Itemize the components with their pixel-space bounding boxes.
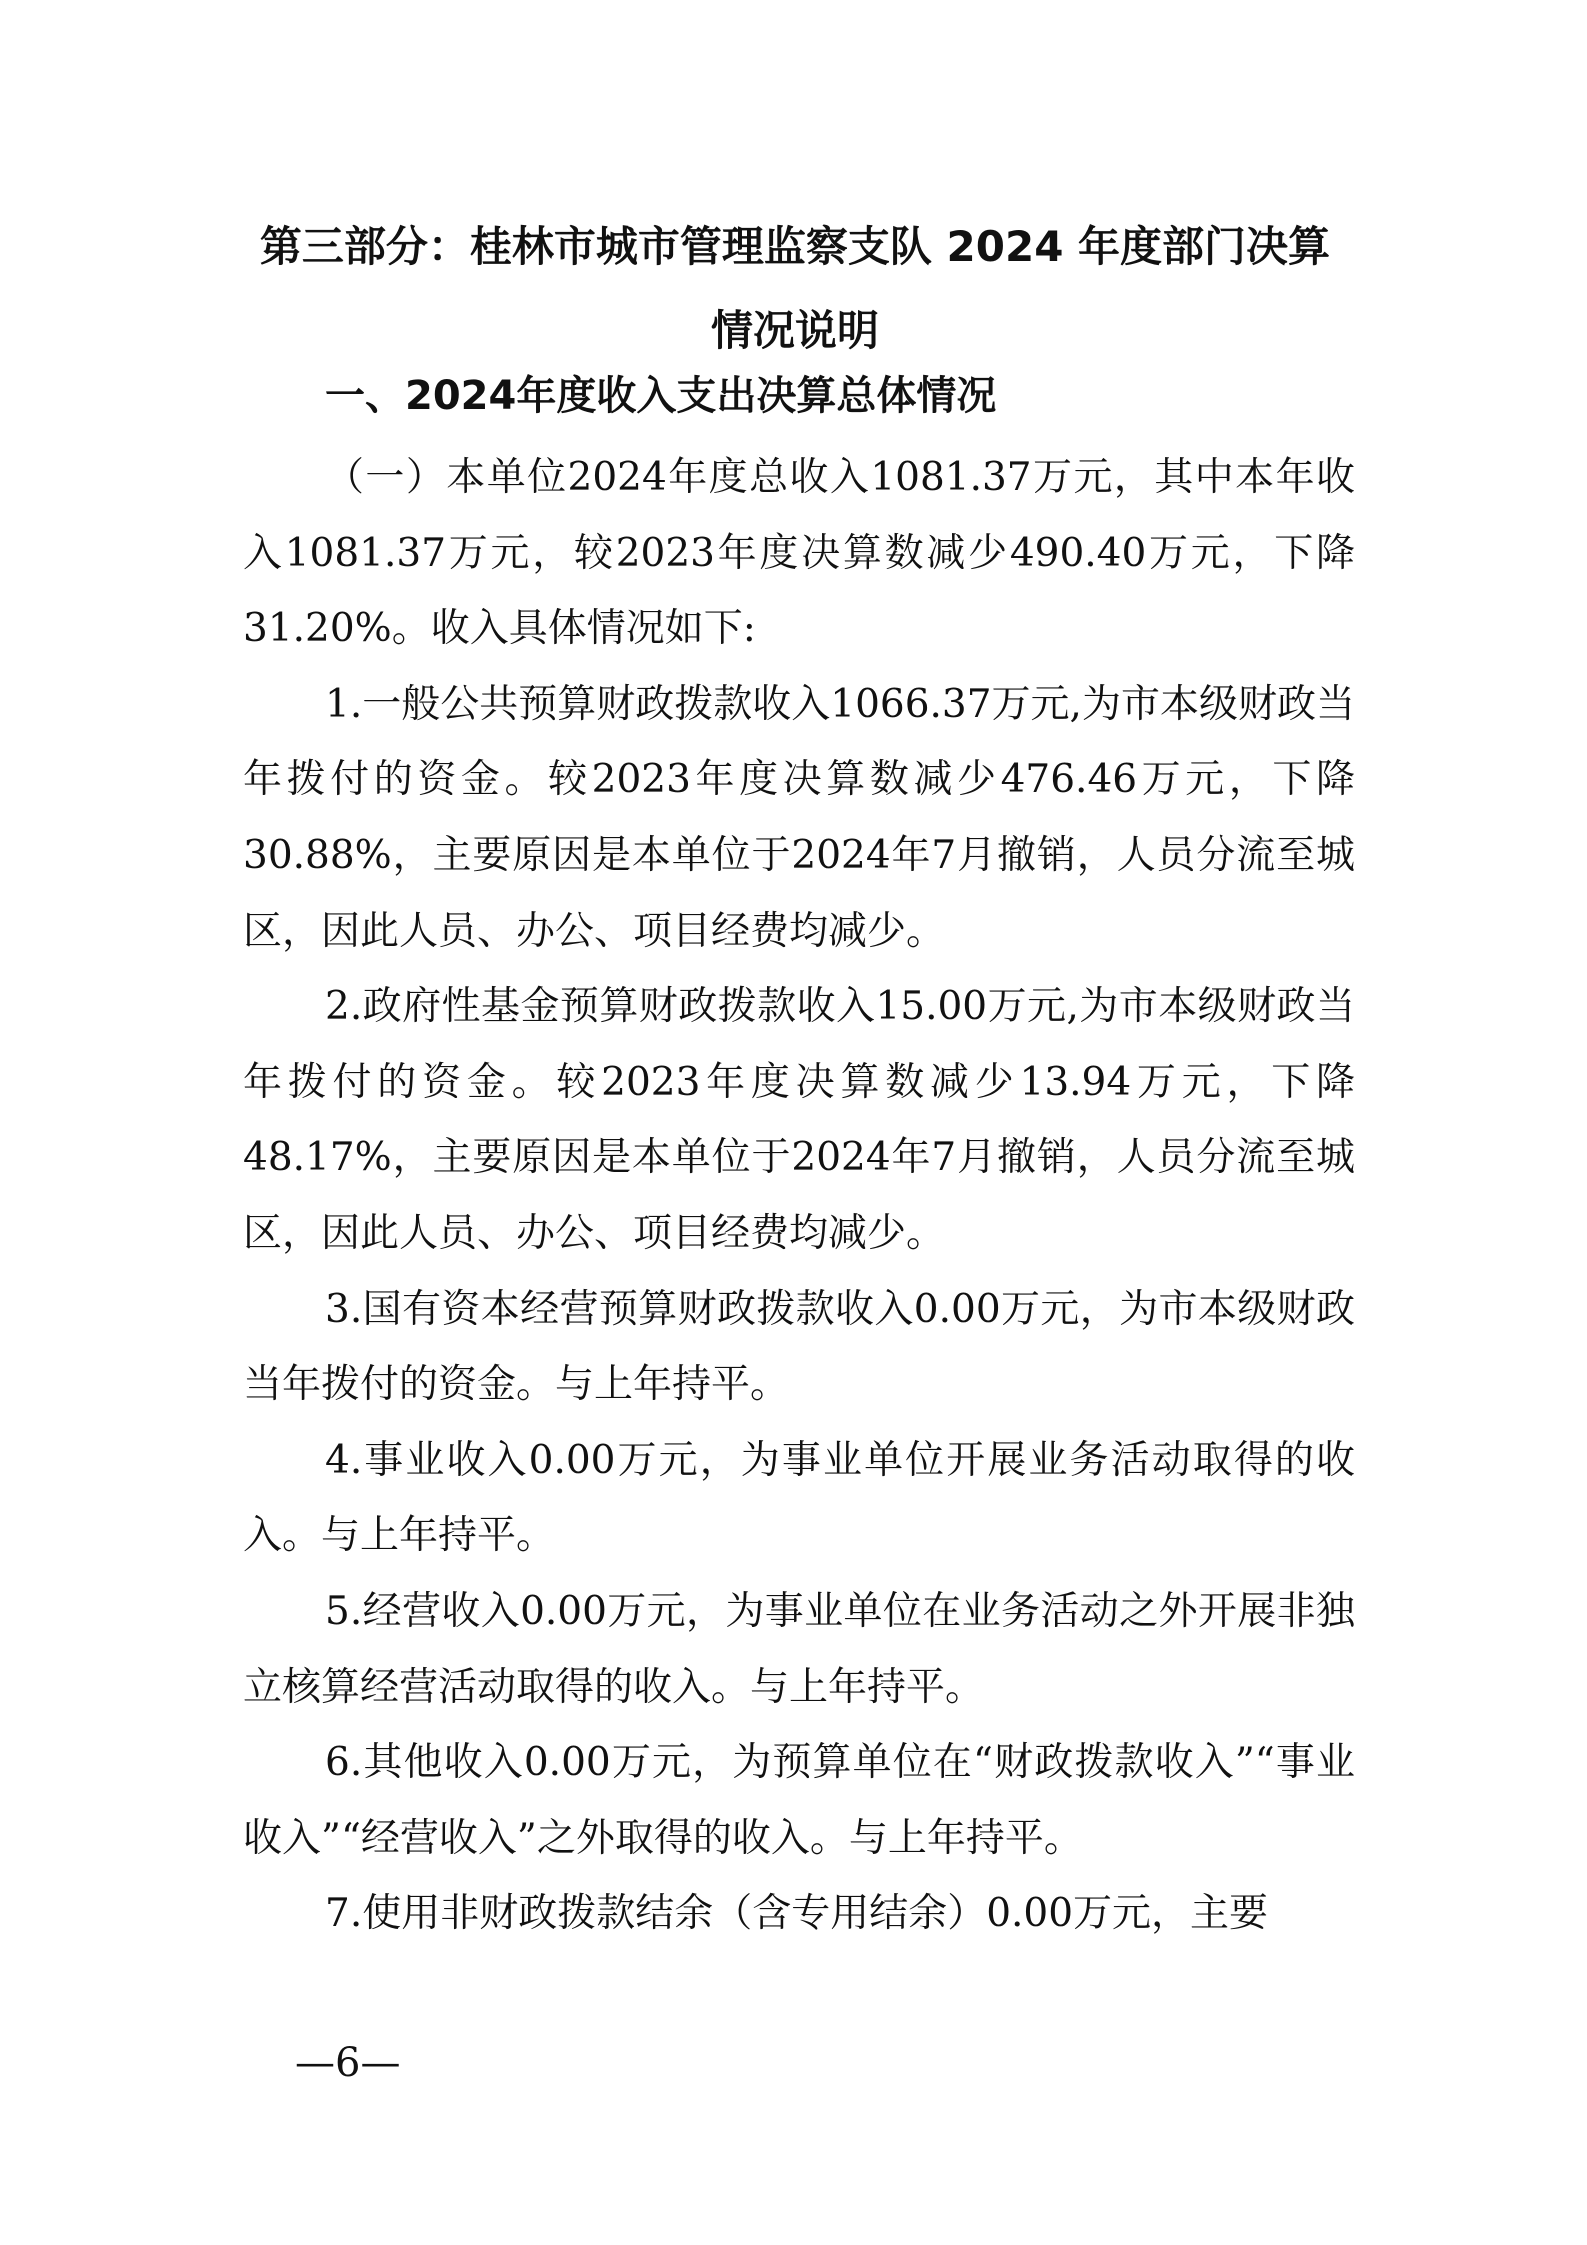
document-title: 第三部分：桂林市城市管理监察支队 2024 年度部门决算情况说明 xyxy=(240,205,1350,373)
page-number: —6— xyxy=(295,2038,400,2088)
paragraph-total-income: （一）本单位2024年度总收入1081.37万元，其中本年收入1081.37万元… xyxy=(243,440,1355,667)
document-page: 第三部分：桂林市城市管理监察支队 2024 年度部门决算情况说明 一、2024年… xyxy=(0,0,1587,2245)
paragraph-general-budget-income: 1.一般公共预算财政拨款收入1066.37万元,为市本级财政当年拨付的资金。较2… xyxy=(243,667,1355,969)
section-heading: 一、2024年度收入支出决算总体情况 xyxy=(325,358,996,434)
paragraph-state-capital-income: 3.国有资本经营预算财政拨款收入0.00万元，为市本级财政当年拨付的资金。与上年… xyxy=(243,1272,1355,1423)
paragraph-government-fund-income: 2.政府性基金预算财政拨款收入15.00万元,为市本级财政当年拨付的资金。较20… xyxy=(243,969,1355,1271)
paragraph-operating-income: 5.经营收入0.00万元，为事业单位在业务活动之外开展非独立核算经营活动取得的收… xyxy=(243,1574,1355,1725)
document-body: （一）本单位2024年度总收入1081.37万元，其中本年收入1081.37万元… xyxy=(243,440,1355,1952)
paragraph-non-fiscal-balance: 7.使用非财政拨款结余（含专用结余）0.00万元，主要 xyxy=(243,1876,1355,1952)
paragraph-business-income: 4.事业收入0.00万元，为事业单位开展业务活动取得的收入。与上年持平。 xyxy=(243,1423,1355,1574)
paragraph-other-income: 6.其他收入0.00万元，为预算单位在“财政拨款收入”“事业收入”“经营收入”之… xyxy=(243,1725,1355,1876)
